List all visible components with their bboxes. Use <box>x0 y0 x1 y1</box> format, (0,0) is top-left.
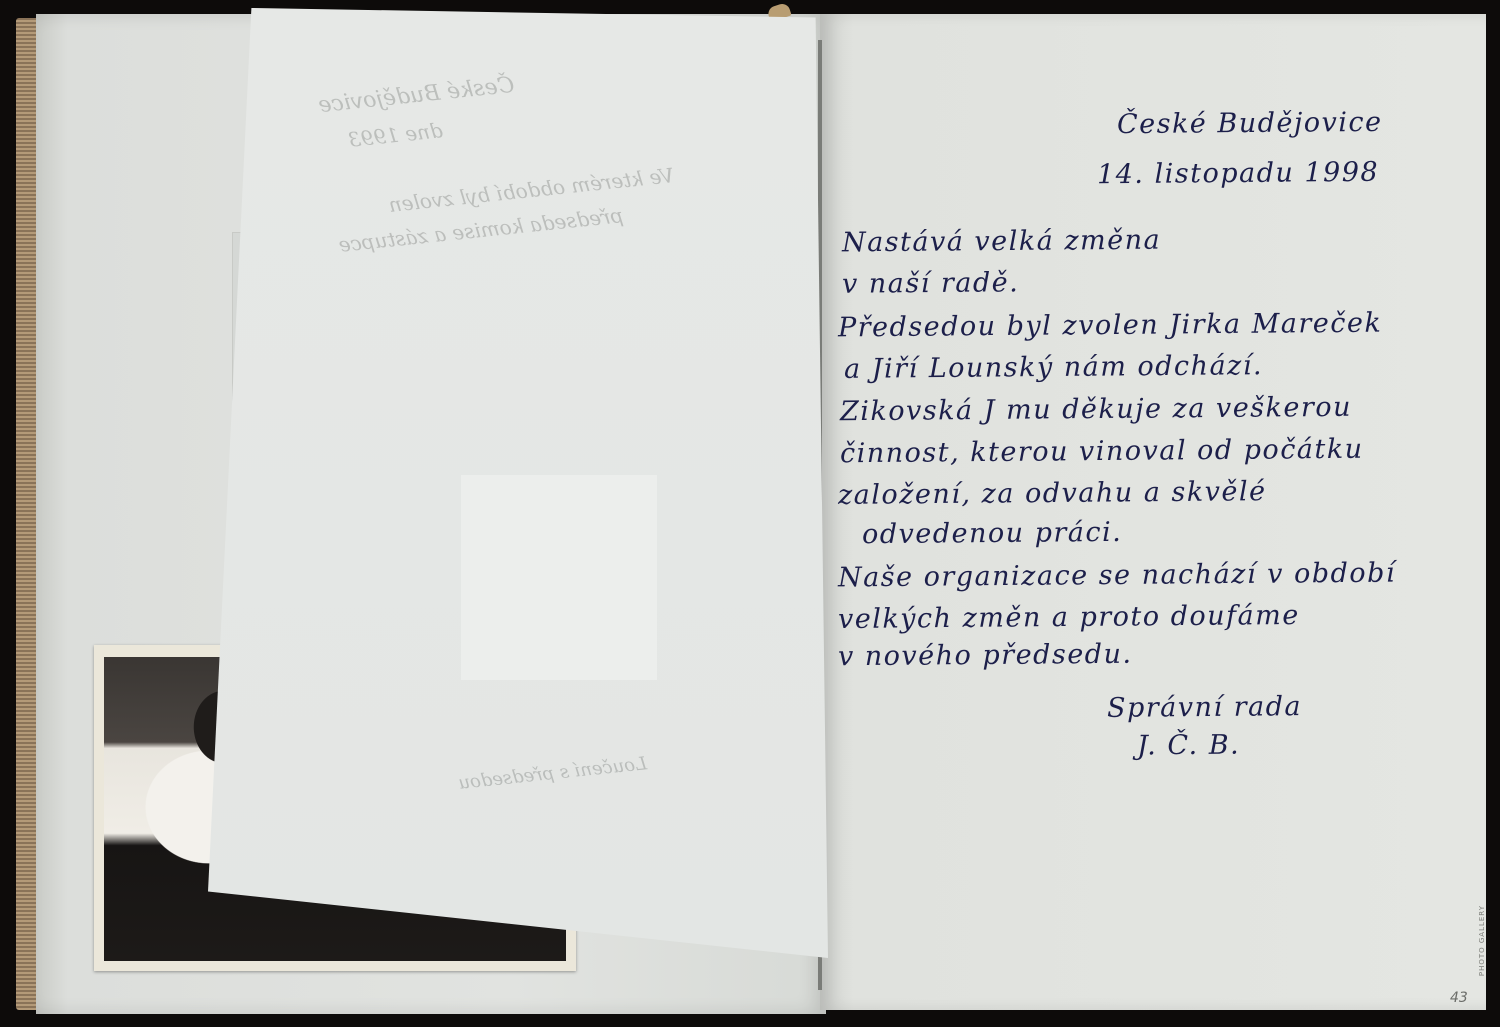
ghost-text-line: dne 1993 <box>347 118 444 152</box>
ghost-text-line: předseda komise a zástupce <box>338 203 625 257</box>
ghost-text-line: České Budějovice <box>317 73 515 118</box>
letter-line: velkých změn a proto doufáme <box>838 600 1300 635</box>
letter-line: Zikovská J mu děkuje za veškerou <box>840 392 1352 427</box>
letter-line: Předsedou byl zvolen Jirka Mareček <box>838 308 1383 344</box>
paper-patch <box>461 475 657 680</box>
photo-gallery-watermark: PHOTO GALLERY <box>1478 905 1486 976</box>
letter-date: 14. listopadu 1998 <box>1097 157 1379 190</box>
signature-line: Správní rada <box>1107 691 1302 724</box>
letter-line: Naše organizace se nachází v období <box>838 558 1396 594</box>
ghost-text-line: Loučení s předsedou <box>457 753 647 794</box>
letter-line: a Jiří Lounský nám odchází. <box>844 350 1263 385</box>
letter-line: v naší radě. <box>842 267 1020 300</box>
letter-line: činnost, kterou vinoval od počátku <box>840 434 1364 470</box>
letter-line: Nastává velká změna <box>842 225 1161 259</box>
letter-place: České Budějovice <box>1117 107 1383 140</box>
page-number: 43 <box>1450 990 1468 1006</box>
letter-line: v nového předsedu. <box>838 639 1133 673</box>
signature-initials: J. Č. B. <box>1137 730 1240 762</box>
ghost-text-line: Ve kterém období byl zvolen <box>388 163 676 217</box>
letter-line: založení, za odvahu a skvělé <box>838 476 1267 511</box>
letter-line: odvedenou práci. <box>862 517 1123 550</box>
